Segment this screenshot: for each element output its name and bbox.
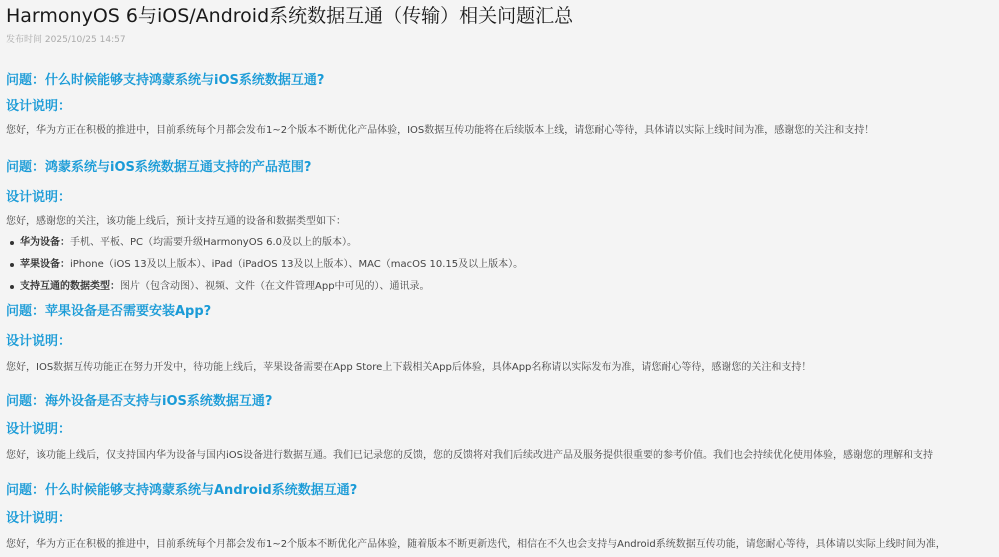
article: HarmonyOS 6与iOS/Android系统数据互通（传输）相关问题汇总 …: [0, 0, 999, 46]
faq-section: 问题：鸿蒙系统与iOS系统数据互通支持的产品范围? 设计说明： 您好，感谢您的关…: [6, 159, 523, 298]
publish-meta: 发布时间 2025/10/25 14:57: [6, 34, 999, 46]
list-item-term: 支持互通的数据类型：: [20, 280, 120, 294]
faq-answer-label: 设计说明：: [6, 510, 946, 528]
page-title: HarmonyOS 6与iOS/Android系统数据互通（传输）相关问题汇总: [6, 0, 999, 28]
faq-section: 问题：苹果设备是否需要安装App? 设计说明： 您好，IOS数据互传功能正在努力…: [6, 303, 811, 375]
faq-answer-label: 设计说明：: [6, 333, 811, 351]
supported-list: 华为设备： 手机、平板、PC（均需要升级HarmonyOS 6.0及以上的版本）…: [6, 232, 523, 298]
list-item: 苹果设备： iPhone（iOS 13及以上版本）、iPad（iPadOS 13…: [10, 254, 523, 276]
faq-section: 问题：什么时候能够支持鸿蒙系统与iOS系统数据互通? 设计说明： 您好，华为方正…: [6, 72, 874, 138]
bullet-icon: [10, 285, 14, 289]
list-item-term: 苹果设备：: [20, 258, 70, 272]
bullet-icon: [10, 241, 14, 245]
publish-time: 2025/10/25 14:57: [45, 35, 126, 45]
faq-answer-label: 设计说明：: [6, 98, 874, 116]
publish-label: 发布时间: [6, 35, 42, 45]
list-item-term: 华为设备：: [20, 236, 70, 250]
faq-answer: 您好，华为方正在积极的推进中，目前系统每个月都会发布1~2个版本不断优化产品体验…: [6, 124, 874, 138]
bullet-icon: [10, 263, 14, 267]
faq-answer: 您好，该功能上线后，仅支持国内华为设备与国内iOS设备进行数据互通。我们已记录您…: [6, 449, 933, 463]
faq-question: 问题：海外设备是否支持与iOS系统数据互通?: [6, 393, 933, 411]
faq-answer: 您好，华为方正在积极的推进中，目前系统每个月都会发布1~2个版本不断优化产品体验…: [6, 538, 946, 552]
list-item: 华为设备： 手机、平板、PC（均需要升级HarmonyOS 6.0及以上的版本）…: [10, 232, 523, 254]
faq-question: 问题：什么时候能够支持鸿蒙系统与Android系统数据互通?: [6, 482, 946, 500]
faq-section: 问题：什么时候能够支持鸿蒙系统与Android系统数据互通? 设计说明： 您好，…: [6, 482, 946, 552]
faq-question: 问题：鸿蒙系统与iOS系统数据互通支持的产品范围?: [6, 159, 523, 177]
faq-answer-label: 设计说明：: [6, 421, 933, 439]
faq-answer-label: 设计说明：: [6, 189, 523, 207]
list-item-text: iPhone（iOS 13及以上版本）、iPad（iPadOS 13及以上版本）…: [70, 258, 523, 272]
faq-question: 问题：什么时候能够支持鸿蒙系统与iOS系统数据互通?: [6, 72, 874, 90]
faq-answer: 您好，感谢您的关注，该功能上线后，预计支持互通的设备和数据类型如下：: [6, 215, 523, 229]
faq-question: 问题：苹果设备是否需要安装App?: [6, 303, 811, 321]
list-item-text: 手机、平板、PC（均需要升级HarmonyOS 6.0及以上的版本）。: [70, 236, 357, 250]
list-item: 支持互通的数据类型： 图片（包含动图）、视频、文件（在文件管理App中可见的）、…: [10, 276, 523, 298]
faq-section: 问题：海外设备是否支持与iOS系统数据互通? 设计说明： 您好，该功能上线后，仅…: [6, 393, 933, 463]
faq-answer: 您好，IOS数据互传功能正在努力开发中，待功能上线后，苹果设备需要在App St…: [6, 361, 811, 375]
list-item-text: 图片（包含动图）、视频、文件（在文件管理App中可见的）、通讯录。: [120, 280, 430, 294]
